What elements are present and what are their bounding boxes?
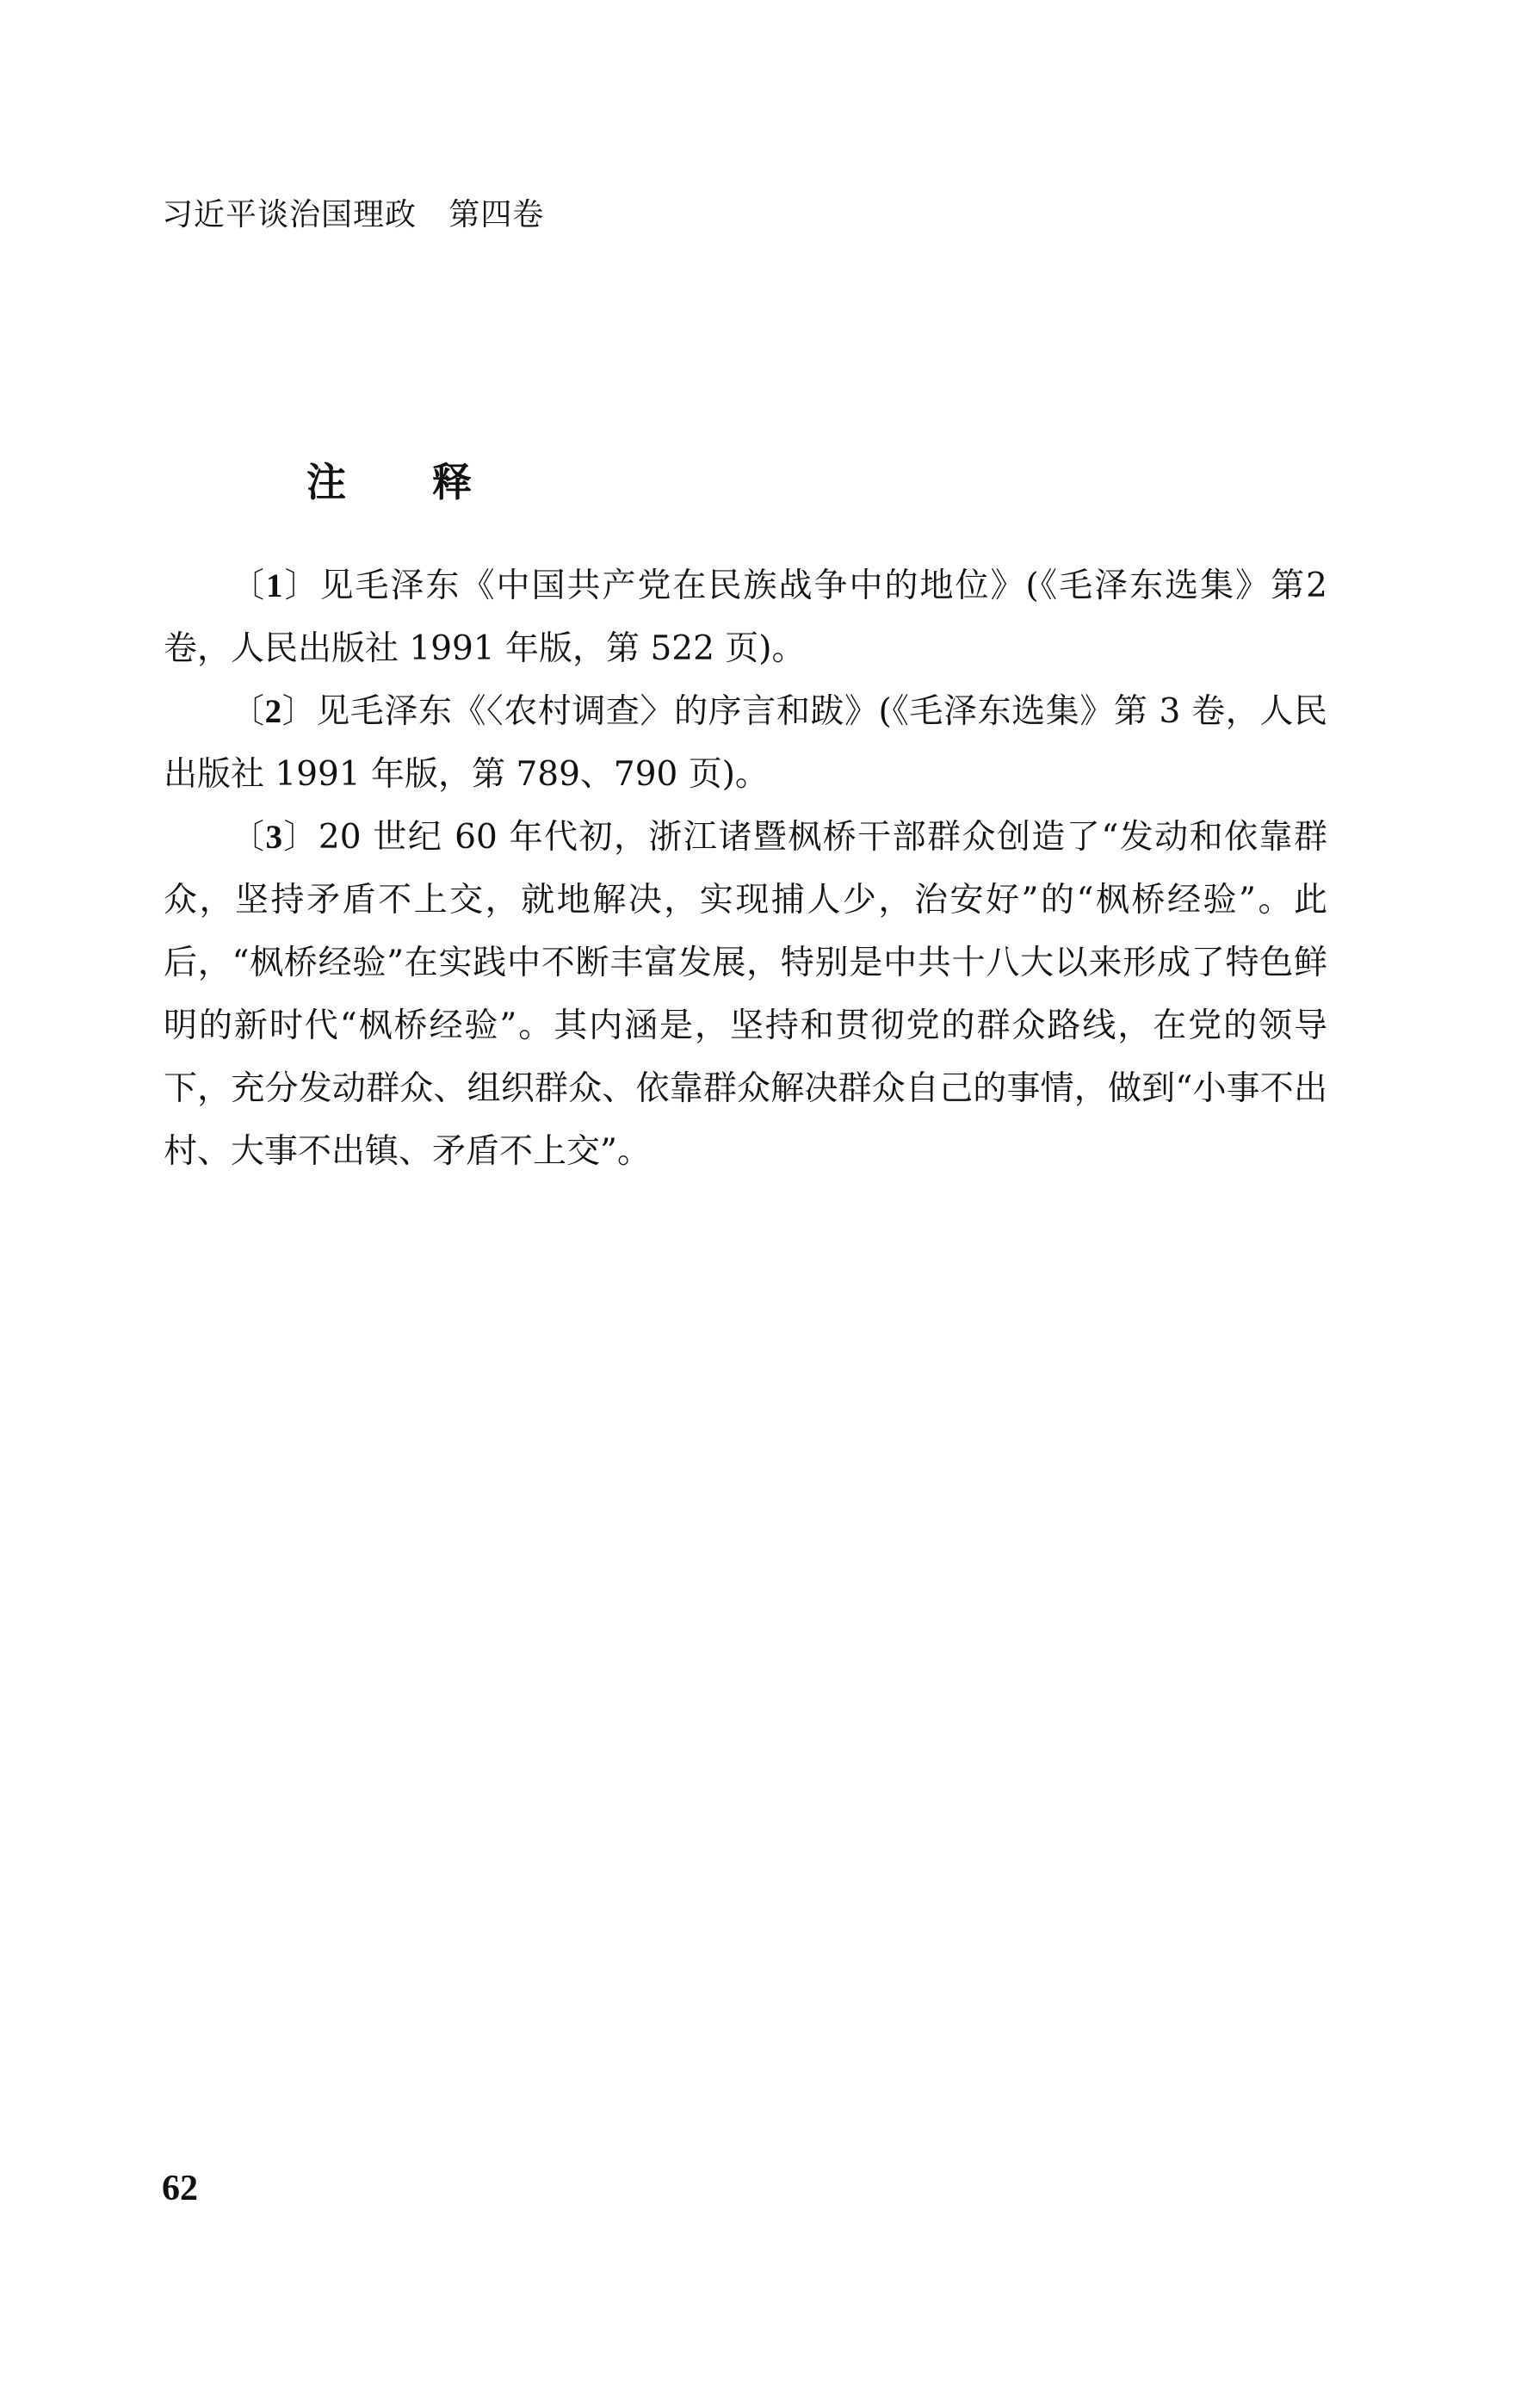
note-close-bracket: 〕 xyxy=(283,567,320,605)
note-number: 1 xyxy=(266,567,283,604)
heading-char-2: 释 xyxy=(432,459,472,505)
note-item-3: 〔3〕20 世纪 60 年代初，浙江诸暨枫桥干部群众创造了“发动和依靠群众，坚持… xyxy=(164,806,1327,1183)
note-open-bracket: 〔 xyxy=(231,818,265,857)
book-title: 习近平谈治国理政 xyxy=(162,197,417,232)
notes-heading: 注释 xyxy=(306,456,472,508)
note-text: 见毛泽东《〈农村调查〉的序言和跋》(《毛泽东选集》第 3 卷，人民出版社 199… xyxy=(164,692,1327,794)
volume-label: 第四卷 xyxy=(448,197,544,232)
note-close-bracket: 〕 xyxy=(281,692,316,731)
note-open-bracket: 〔 xyxy=(231,692,265,731)
running-header: 习近平谈治国理政 第四卷 xyxy=(162,195,544,236)
note-text: 20 世纪 60 年代初，浙江诸暨枫桥干部群众创造了“发动和依靠群众，坚持矛盾不… xyxy=(164,818,1327,1171)
note-close-bracket: 〕 xyxy=(282,818,319,857)
heading-char-1: 注 xyxy=(306,459,346,505)
note-text: 见毛泽东《中国共产党在民族战争中的地位》(《毛泽东选集》第2卷，人民出版社 19… xyxy=(164,567,1327,668)
note-number: 3 xyxy=(265,819,282,856)
note-item-2: 〔2〕见毛泽东《〈农村调查〉的序言和跋》(《毛泽东选集》第 3 卷，人民出版社 … xyxy=(164,680,1327,806)
note-number: 2 xyxy=(265,693,282,730)
page-number: 62 xyxy=(162,2166,198,2211)
note-open-bracket: 〔 xyxy=(231,567,266,605)
note-item-1: 〔1〕见毛泽东《中国共产党在民族战争中的地位》(《毛泽东选集》第2卷，人民出版社… xyxy=(164,554,1327,680)
notes-list: 〔1〕见毛泽东《中国共产党在民族战争中的地位》(《毛泽东选集》第2卷，人民出版社… xyxy=(164,554,1327,1183)
